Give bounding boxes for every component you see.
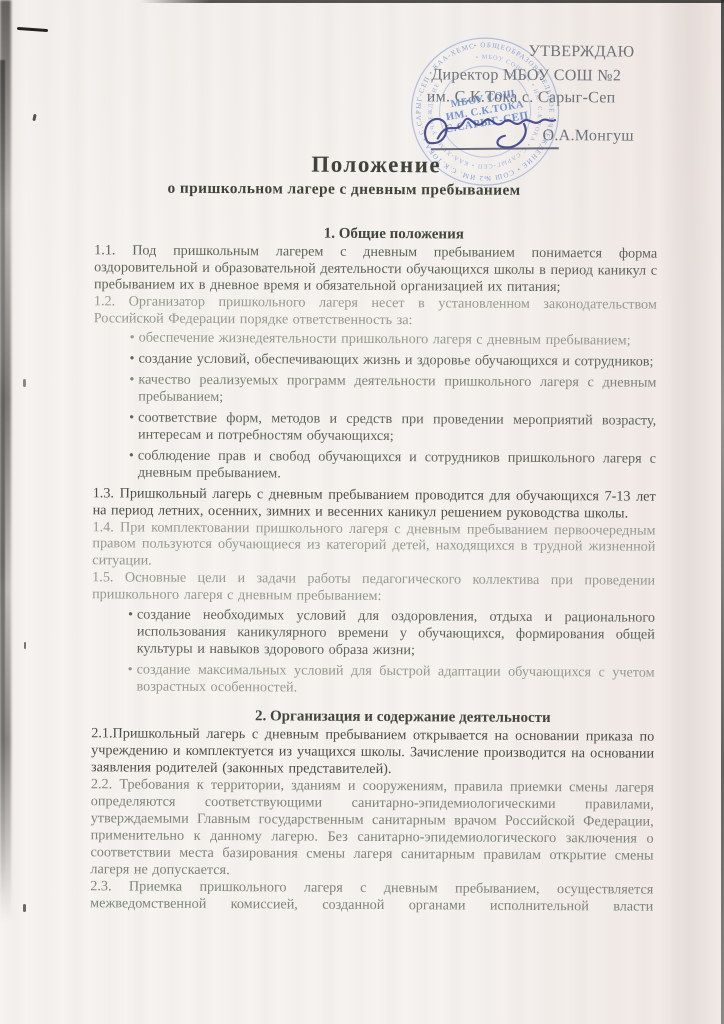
list-item: соблюдение прав и свобод обучающихся и с… — [138, 447, 656, 484]
list-item: создание условий, обеспечивающих жизнь и… — [138, 351, 656, 371]
document-content: • ОБЩЕОБРАЗОВАТЕЛЬНОЕ УЧРЕЖДЕНИЕ • СОШ №… — [0, 0, 724, 1024]
document-title: Положение — [95, 150, 658, 179]
paragraph-2-2: 2.2. Требования к территории, зданиям и … — [90, 776, 654, 881]
paragraph-1-3: 1.3. Пришкольный лагерь с дневным пребыв… — [93, 485, 656, 522]
list-item: соответствие форм, методов и средств при… — [138, 410, 656, 447]
list-item: обеспечение жизнедеятельности пришкольно… — [139, 330, 657, 350]
title-block: Положение о пришкольном лагере с дневным… — [95, 150, 658, 200]
paragraph-1-4: 1.4. При комплектовании пришкольного лаг… — [92, 519, 655, 573]
approval-block: УТВЕРЖДАЮ Директор МБОУ СОШ №2 им. С.К.Т… — [410, 40, 661, 162]
paragraph-1-5: 1.5. Основные цели и задачи работы педаг… — [92, 569, 655, 606]
paragraph-2-1: 2.1.Пришкольный лагерь с дневным пребыва… — [91, 726, 654, 780]
scan-speck — [24, 642, 26, 649]
scan-speck — [23, 904, 26, 912]
list-item: создание максимальных условий для быстро… — [136, 661, 654, 698]
approval-director-line: Директор МБОУ СОШ №2 — [410, 64, 660, 88]
section-1-heading: 1. Общие положения — [112, 224, 675, 244]
scanned-document-page: • ОБЩЕОБРАЗОВАТЕЛЬНОЕ УЧРЕЖДЕНИЕ • СОШ №… — [0, 0, 724, 1024]
goals-bullet-list: создание необходимых условий для оздоров… — [91, 606, 655, 698]
paragraph-2-3: 2.3. Приемка пришкольного лагеря с дневн… — [90, 878, 653, 915]
scan-speck — [23, 379, 26, 387]
signer-name: О.А.Монгуш — [542, 125, 634, 148]
paragraph-1-2: 1.2. Организатор пришкольного лагеря нес… — [94, 293, 657, 330]
document-body: 1. Общие положения 1.1. Под пришкольным … — [90, 224, 657, 915]
list-item: качество реализуемых программ деятельнос… — [138, 372, 656, 409]
paragraph-1-1: 1.1. Под пришкольным лагерем с дневным п… — [94, 242, 657, 296]
list-item: создание необходимых условий для оздоров… — [137, 607, 655, 661]
document-subtitle: о пришкольном лагере с дневным пребывани… — [63, 179, 626, 200]
approval-word: УТВЕРЖДАЮ — [410, 40, 660, 64]
responsibility-bullet-list: обеспечение жизнедеятельности пришкольно… — [93, 330, 657, 485]
section-2-heading: 2. Организация и содержание деятельности — [121, 707, 684, 727]
